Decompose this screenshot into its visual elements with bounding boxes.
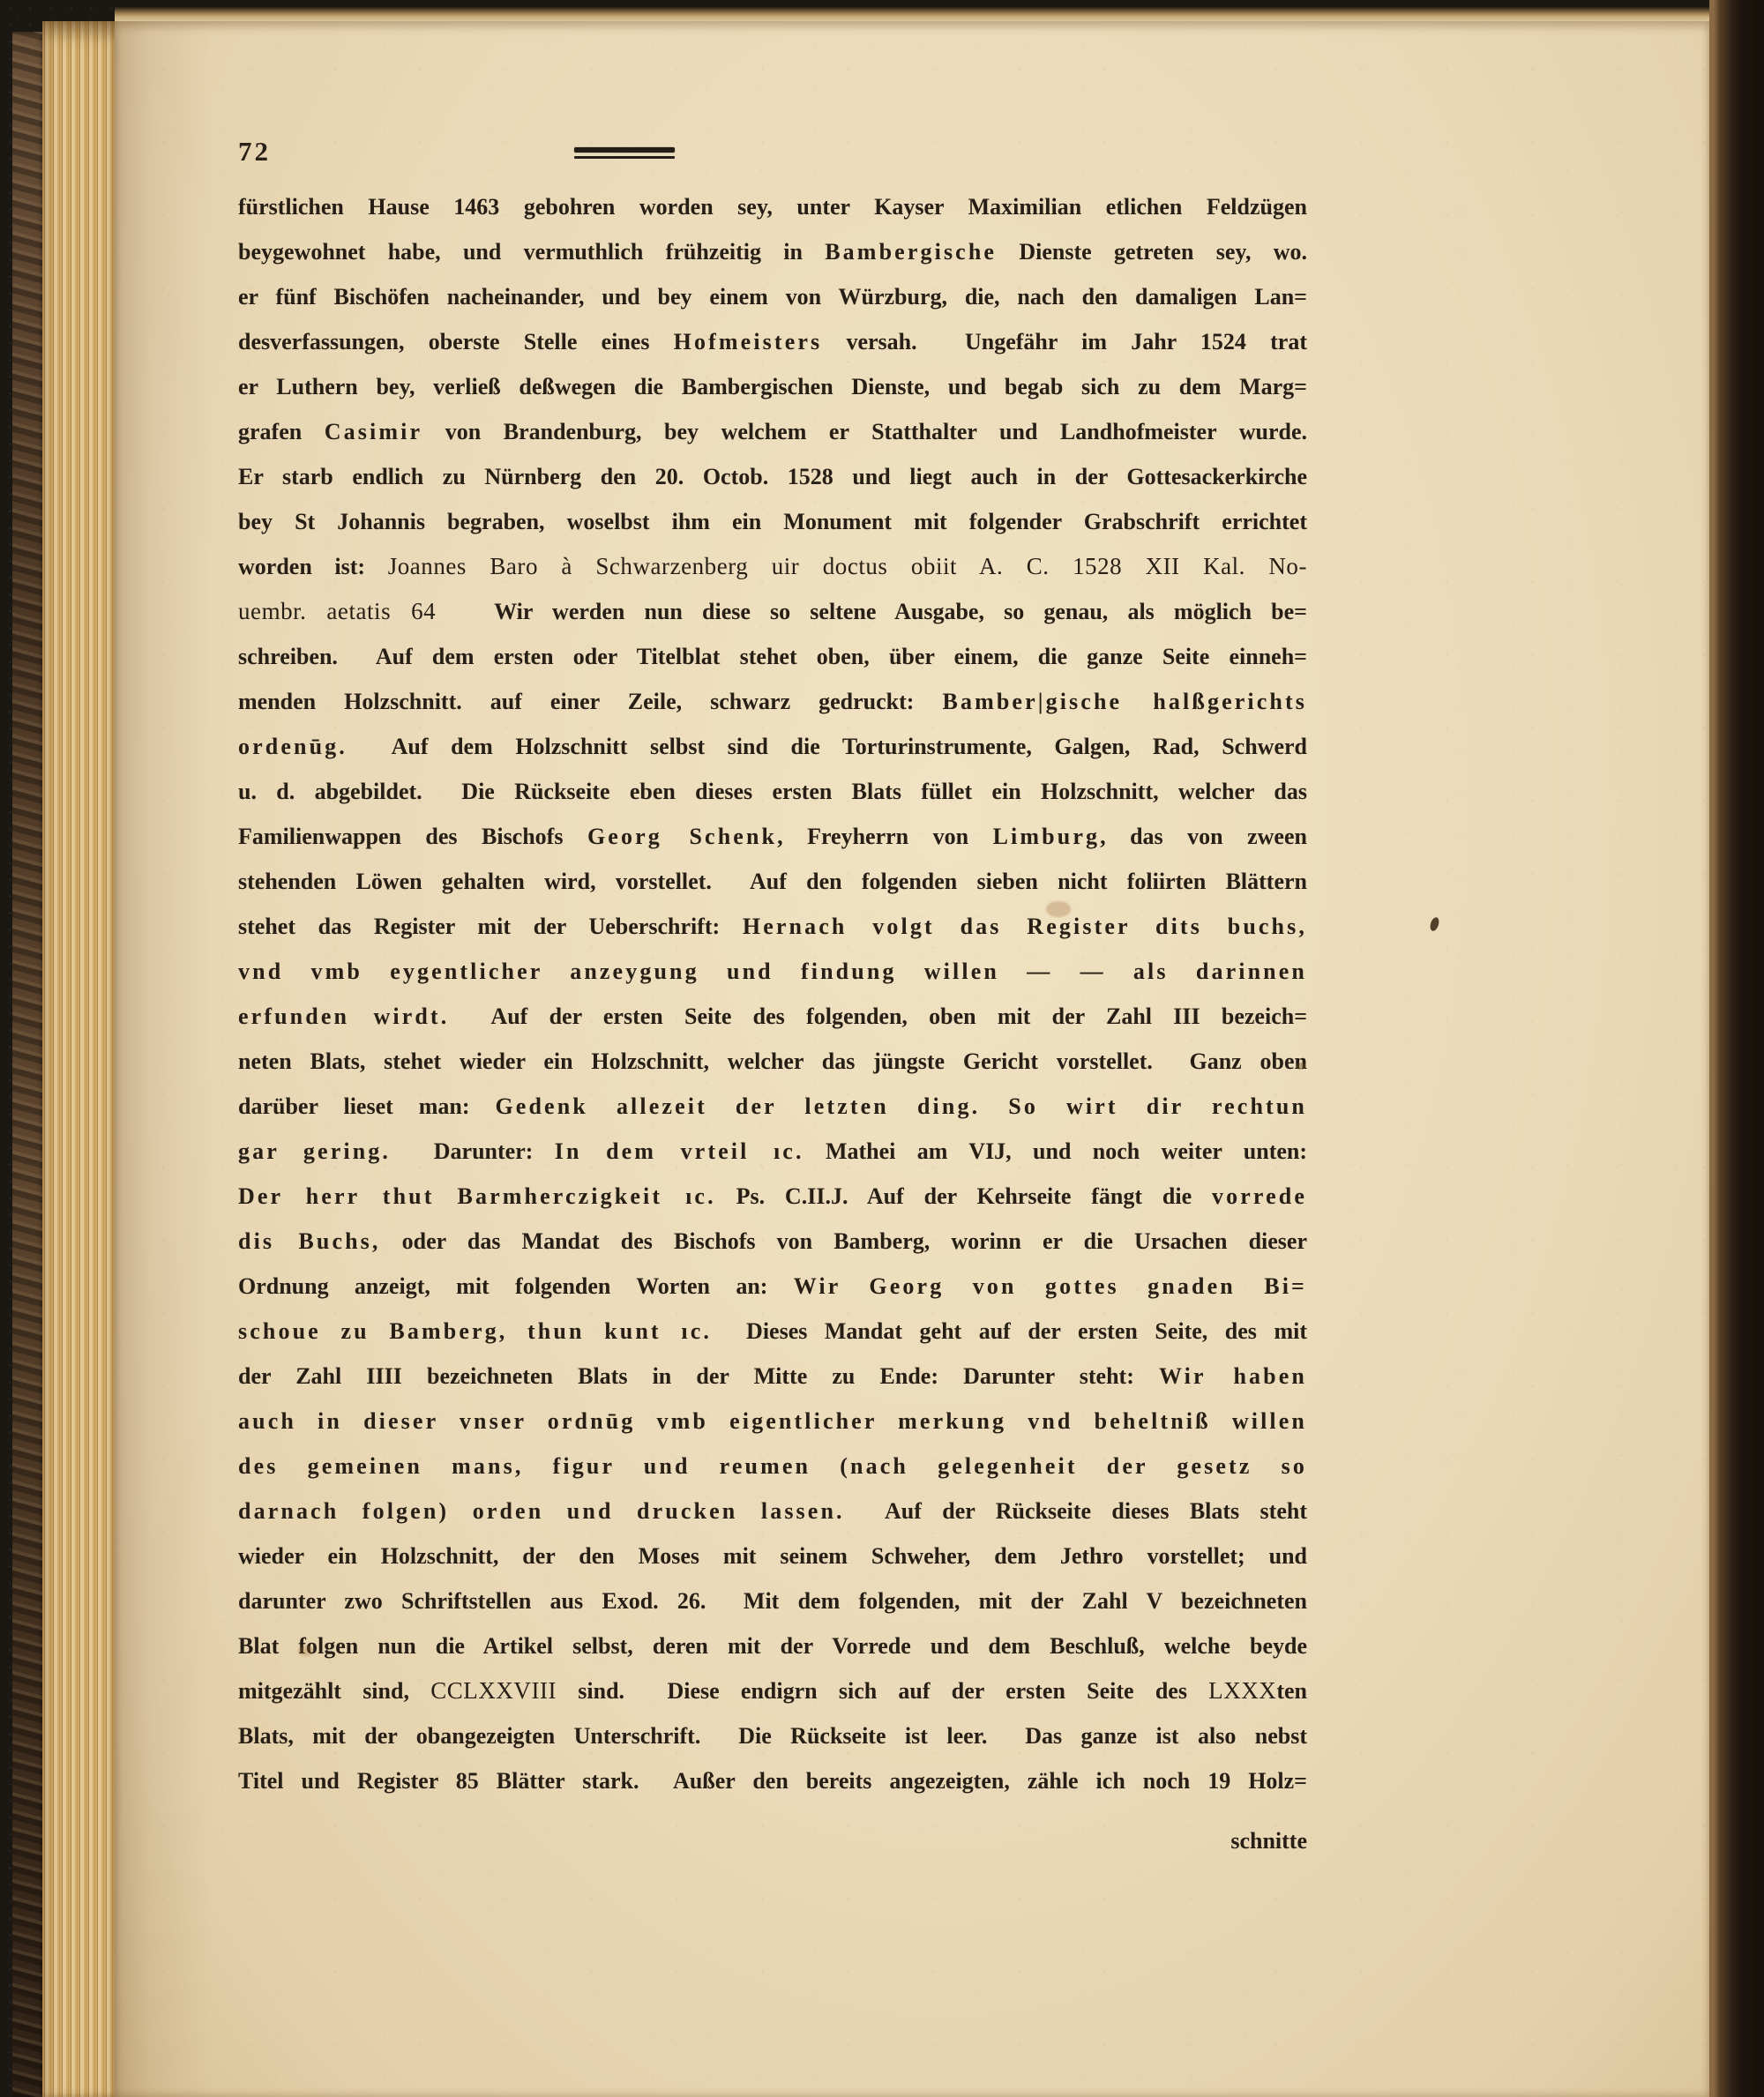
- text-line: Blats, mit der obangezeigten Unterschrif…: [238, 1713, 1307, 1758]
- text-line: dis Buchs, oder das Mandat des Bischofs …: [238, 1219, 1307, 1264]
- text-segment: grafen: [238, 419, 325, 444]
- text-line: darüber lieset man: Gedenk allezeit der …: [238, 1084, 1307, 1129]
- text-segment: Darunter:: [391, 1138, 555, 1164]
- antiqua-segment: CCLXXVIII: [430, 1677, 557, 1704]
- letterspaced-segment: gar gering.: [238, 1138, 391, 1164]
- letterspaced-segment: vnd vmb eygentlicher anzeygung und findu…: [238, 959, 1307, 984]
- text-segment: worden ist:: [238, 554, 388, 579]
- text-segment: stehet das Register mit der Ueberschrift…: [238, 914, 743, 939]
- text-segment: schreiben. Auf dem ersten oder Titelblat…: [238, 644, 1307, 669]
- letterspaced-segment: Hofmeisters: [674, 329, 823, 354]
- text-segment: versah. Ungefähr im Jahr 1524 trat: [822, 329, 1307, 354]
- text-segment: beygewohnet habe, und vermuthlich frühze…: [238, 239, 825, 265]
- text-segment: u. d. abgebildet. Die Rückseite eben die…: [238, 779, 1307, 804]
- body-text: fürstlichen Hause 1463 gebohren worden s…: [238, 184, 1307, 1803]
- text-line: Familienwappen des Bischofs Georg Schenk…: [238, 814, 1307, 859]
- text-segment: ten: [1276, 1678, 1307, 1704]
- letterspaced-segment: Wir Georg von gottes gnaden Bi=: [794, 1273, 1307, 1299]
- double-rule-ornament: [574, 147, 675, 159]
- letterspaced-segment: Bamber|gische halßgerichts: [942, 689, 1307, 714]
- text-line: stehet das Register mit der Ueberschrift…: [238, 904, 1307, 949]
- text-line: Blat folgen nun die Artikel selbst, dere…: [238, 1623, 1307, 1668]
- page-stack-fore-edge: [42, 21, 122, 2097]
- text-line: darnach folgen) orden und drucken lassen…: [238, 1489, 1307, 1534]
- letterspaced-segment: Gedenk allezeit der letzten ding. So wir…: [495, 1093, 1307, 1119]
- letterspaced-segment: Bambergische: [825, 239, 997, 265]
- antiqua-segment: uembr. aetatis 64: [238, 598, 436, 624]
- text-segment: er fünf Bischöfen nacheinander, und bey …: [238, 284, 1307, 310]
- text-segment: Titel und Register 85 Blätter stark. Auß…: [238, 1768, 1307, 1794]
- text-line: neten Blats, stehet wieder ein Holzschni…: [238, 1039, 1307, 1084]
- text-segment: menden Holzschnitt. auf einer Zeile, sch…: [238, 689, 942, 714]
- text-segment: mitgezählt sind,: [238, 1678, 430, 1704]
- text-line: bey St Johannis begraben, woselbst ihm e…: [238, 499, 1307, 544]
- letterspaced-segment: des gemeinen mans, figur und reumen (nac…: [238, 1453, 1307, 1479]
- page-number: 72: [238, 136, 271, 168]
- text-line: Titel und Register 85 Blätter stark. Auß…: [238, 1758, 1307, 1803]
- scanned-book-page: 72 fürstlichen Hause 1463 gebohren worde…: [0, 0, 1764, 2097]
- text-line: gar gering. Darunter: In dem vrteil ıc. …: [238, 1129, 1307, 1174]
- letterspaced-segment: erfunden wirdt.: [238, 1004, 449, 1029]
- letterspaced-segment: Wir haben: [1159, 1363, 1307, 1389]
- letterspaced-segment: Georg Schenk: [587, 824, 777, 849]
- text-line: menden Holzschnitt. auf einer Zeile, sch…: [238, 679, 1307, 724]
- catchword: schnitte: [238, 1818, 1307, 1863]
- right-binding-edge: [1709, 0, 1764, 2097]
- text-segment: , Freyherrn von: [777, 824, 992, 849]
- text-line: er fünf Bischöfen nacheinander, und bey …: [238, 274, 1307, 319]
- letterspaced-segment: schoue zu Bamberg, thun kunt ıc.: [238, 1318, 712, 1344]
- text-line: fürstlichen Hause 1463 gebohren worden s…: [238, 184, 1307, 229]
- letterspaced-segment: ordenūg.: [238, 734, 348, 759]
- letterspaced-segment: Hernach volgt das Register dits buchs,: [743, 914, 1307, 939]
- letterspaced-segment: In dem vrteil ıc.: [555, 1138, 804, 1164]
- text-segment: Auf dem Holzschnitt selbst sind die Tort…: [348, 734, 1307, 759]
- text-line: schreiben. Auf dem ersten oder Titelblat…: [238, 634, 1307, 679]
- text-segment: fürstlichen Hause 1463 gebohren worden s…: [238, 194, 1307, 220]
- letterspaced-segment: dis Buchs,: [238, 1228, 381, 1254]
- antiqua-segment: Joannes Baro à Schwarzenberg uir doctus …: [388, 553, 1307, 579]
- text-segment: Ps. C.II.J. Auf der Kehrseite fängt die: [716, 1183, 1212, 1209]
- text-line: grafen Casimir von Brandenburg, bey welc…: [238, 409, 1307, 454]
- text-segment: Auf der Rückseite dieses Blats steht: [845, 1498, 1307, 1524]
- antiqua-segment: LXXX: [1208, 1677, 1276, 1704]
- text-segment: stehenden Löwen gehalten wird, vorstelle…: [238, 869, 1307, 894]
- rule-bottom: [574, 156, 675, 159]
- text-segment: der Zahl IIII bezeichneten Blats in der …: [238, 1363, 1159, 1389]
- text-segment: darunter zwo Schriftstellen aus Exod. 26…: [238, 1588, 1307, 1614]
- text-segment: Blat folgen nun die Artikel selbst, dere…: [238, 1633, 1307, 1659]
- text-line: beygewohnet habe, und vermuthlich frühze…: [238, 229, 1307, 274]
- book-cover-edge: [12, 32, 46, 2097]
- text-line: erfunden wirdt. Auf der ersten Seite des…: [238, 994, 1307, 1039]
- text-segment: Auf der ersten Seite des folgenden, oben…: [449, 1004, 1307, 1029]
- text-line: vnd vmb eygentlicher anzeygung und findu…: [238, 949, 1307, 994]
- text-line: uembr. aetatis 64 Wir werden nun diese s…: [238, 589, 1307, 634]
- text-segment: sind. Diese endigrn sich auf der ersten …: [557, 1678, 1208, 1704]
- text-segment: er Luthern bey, verließ deßwegen die Bam…: [238, 374, 1307, 399]
- text-line: schoue zu Bamberg, thun kunt ıc. Dieses …: [238, 1309, 1307, 1354]
- letterspaced-segment: auch in dieser vnser ordnūg vmb eigentli…: [238, 1408, 1307, 1434]
- letterspaced-segment: Limburg: [993, 824, 1101, 849]
- text-line: wieder ein Holzschnitt, der den Moses mi…: [238, 1534, 1307, 1578]
- ink-speck: [1297, 1063, 1305, 1070]
- text-line: worden ist: Joannes Baro à Schwarzenberg…: [238, 544, 1307, 589]
- text-line: desverfassungen, oberste Stelle eines Ho…: [238, 319, 1307, 364]
- text-segment: darüber lieset man:: [238, 1093, 495, 1119]
- text-segment: neten Blats, stehet wieder ein Holzschni…: [238, 1048, 1307, 1074]
- rule-top: [574, 147, 675, 153]
- paper-stain: [298, 1646, 314, 1656]
- text-line: des gemeinen mans, figur und reumen (nac…: [238, 1444, 1307, 1489]
- text-segment: Familienwappen des Bischofs: [238, 824, 587, 849]
- text-line: Er starb endlich zu Nürnberg den 20. Oct…: [238, 454, 1307, 499]
- letterspaced-segment: Casimir: [325, 419, 422, 444]
- text-line: stehenden Löwen gehalten wird, vorstelle…: [238, 859, 1307, 904]
- text-segment: oder das Mandat des Bischofs von Bamberg…: [381, 1228, 1307, 1254]
- text-segment: desverfassungen, oberste Stelle eines: [238, 329, 674, 354]
- text-line: auch in dieser vnser ordnūg vmb eigentli…: [238, 1399, 1307, 1444]
- text-segment: von Brandenburg, bey welchem er Statthal…: [422, 419, 1307, 444]
- text-line: darunter zwo Schriftstellen aus Exod. 26…: [238, 1578, 1307, 1623]
- text-line: u. d. abgebildet. Die Rückseite eben die…: [238, 769, 1307, 814]
- paper-stain: [1046, 901, 1071, 917]
- text-line: mitgezählt sind, CCLXXVIII sind. Diese e…: [238, 1668, 1307, 1713]
- text-line: ordenūg. Auf dem Holzschnitt selbst sind…: [238, 724, 1307, 769]
- text-segment: Er starb endlich zu Nürnberg den 20. Oct…: [238, 464, 1307, 489]
- text-segment: Blats, mit der obangezeigten Unterschrif…: [238, 1723, 1307, 1749]
- text-segment: Dieses Mandat geht auf der ersten Seite,…: [712, 1318, 1307, 1344]
- text-line: Der herr thut Barmherczigkeit ıc. Ps. C.…: [238, 1174, 1307, 1219]
- letterspaced-segment: vorrede: [1212, 1183, 1307, 1209]
- text-segment: Ordnung anzeigt, mit folgenden Worten an…: [238, 1273, 794, 1299]
- text-segment: , das von zween: [1100, 824, 1307, 849]
- text-segment: bey St Johannis begraben, woselbst ihm e…: [238, 509, 1307, 534]
- text-segment: Dienste getreten sey, wo.: [997, 239, 1307, 265]
- letterspaced-segment: Der herr thut Barmherczigkeit ıc.: [238, 1183, 716, 1209]
- letterspaced-segment: darnach folgen) orden und drucken lassen…: [238, 1498, 845, 1524]
- text-line: Ordnung anzeigt, mit folgenden Worten an…: [238, 1264, 1307, 1309]
- text-segment: Mathei am VIJ, und noch weiter unten:: [804, 1138, 1307, 1164]
- text-line: er Luthern bey, verließ deßwegen die Bam…: [238, 364, 1307, 409]
- text-line: der Zahl IIII bezeichneten Blats in der …: [238, 1354, 1307, 1399]
- text-segment: Wir werden nun diese so seltene Ausgabe,…: [436, 599, 1307, 624]
- text-segment: wieder ein Holzschnitt, der den Moses mi…: [238, 1543, 1307, 1569]
